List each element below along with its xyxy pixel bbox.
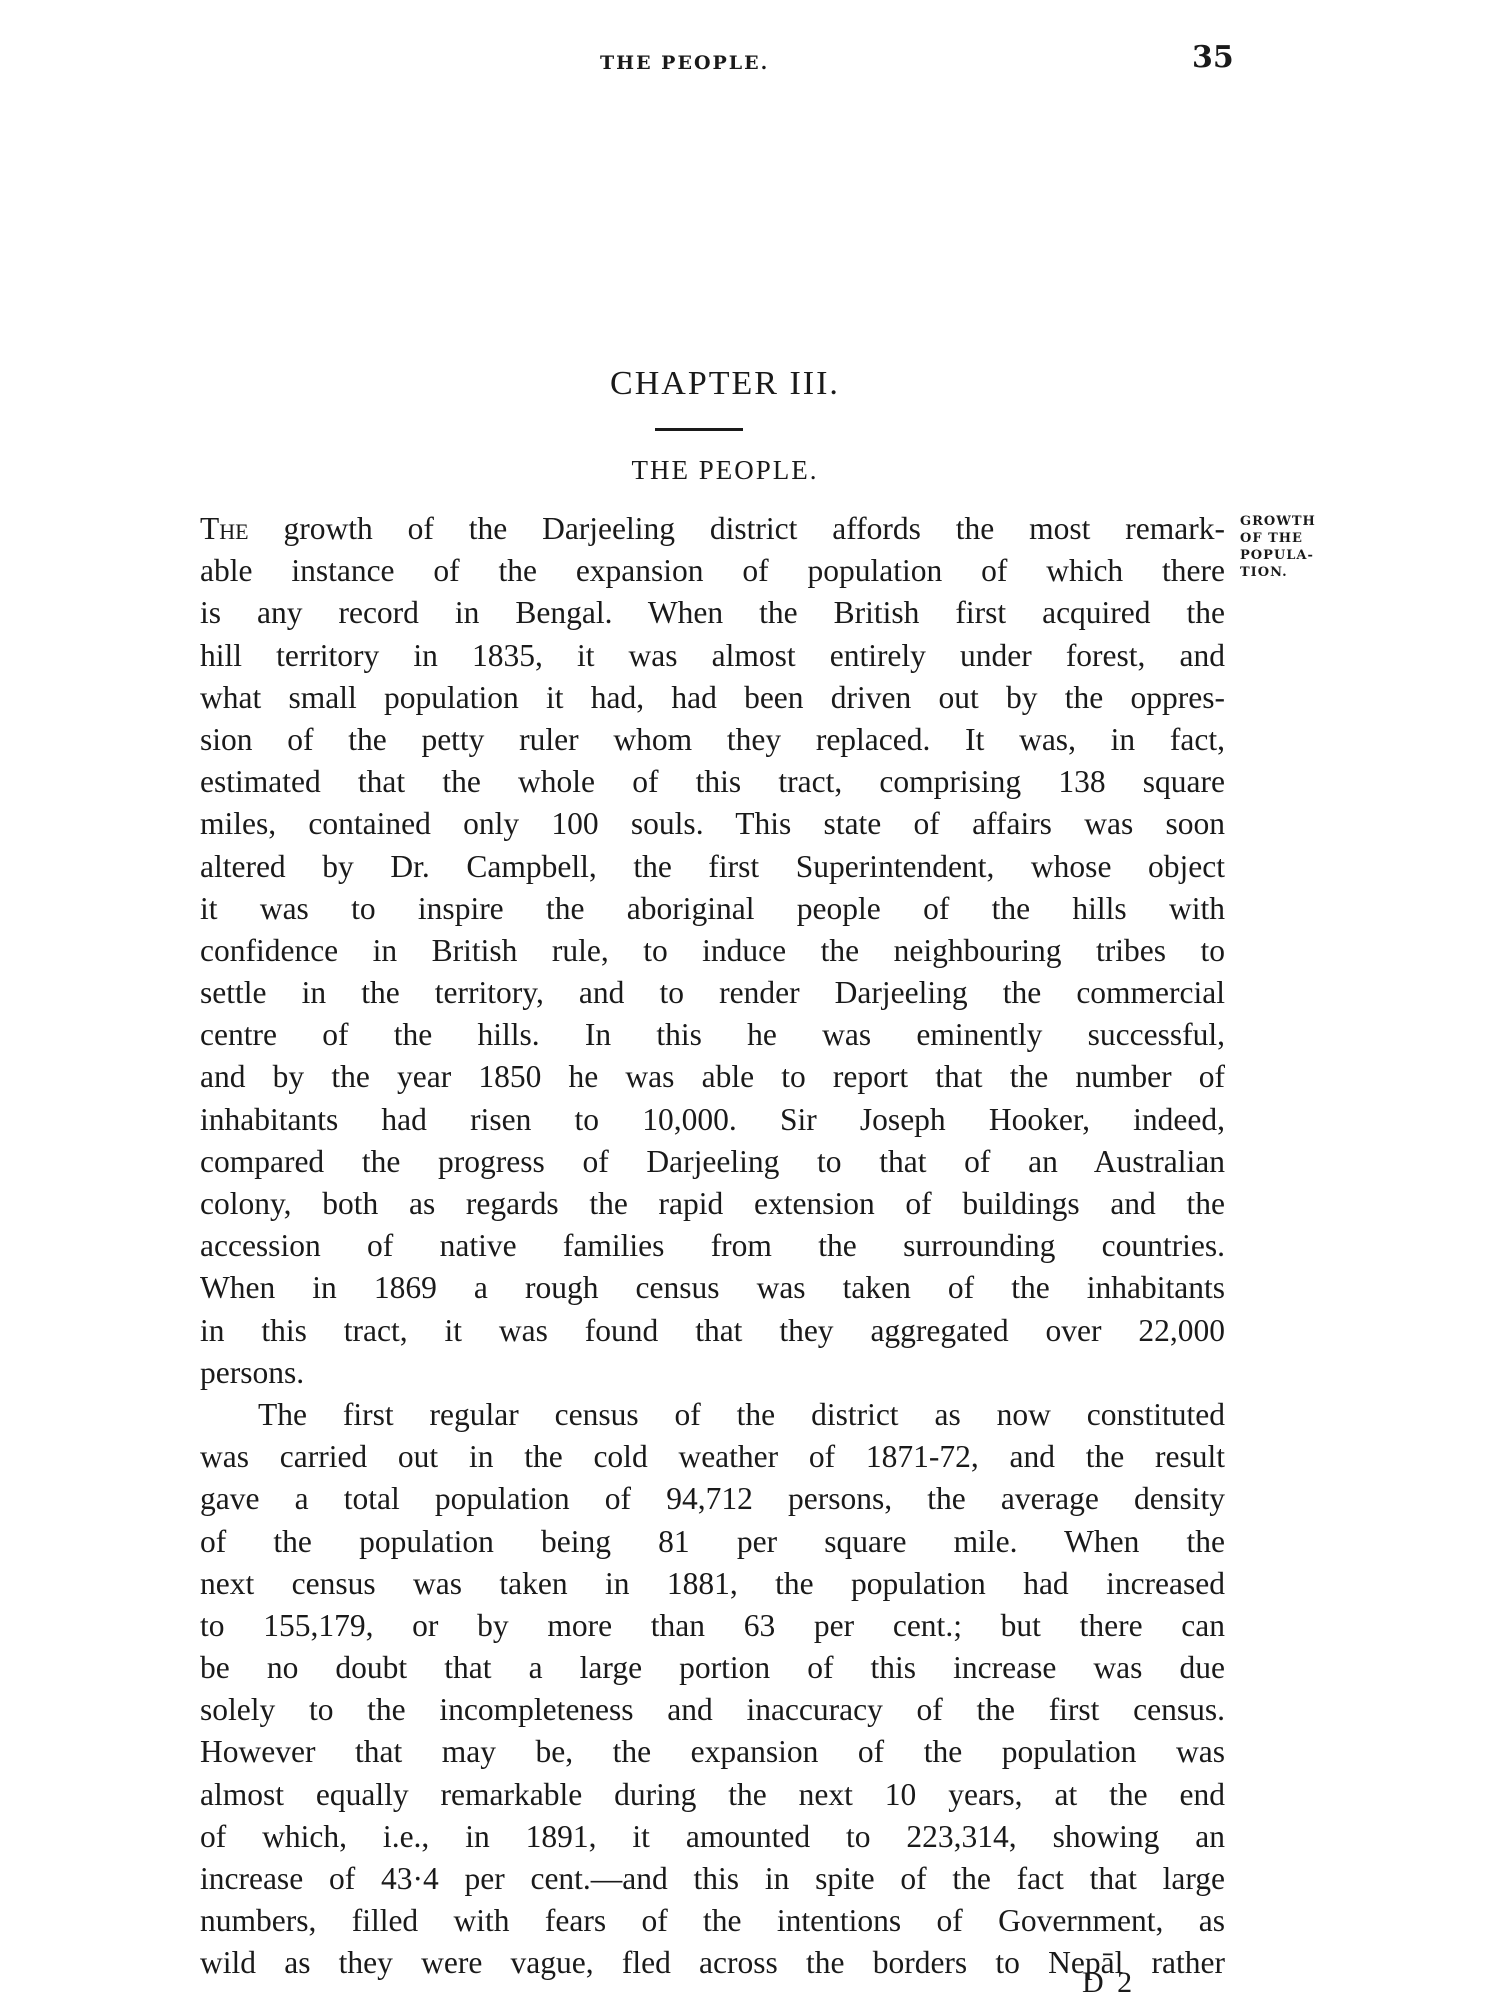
text-line: what small population it had, had been d…	[200, 677, 1225, 719]
text-line: in this tract, it was found that they ag…	[200, 1310, 1225, 1352]
margin-note: GROWTH OF THE POPULA- TION.	[1240, 513, 1330, 581]
text-line: of the population being 81 per square mi…	[200, 1521, 1225, 1563]
margin-note-line: GROWTH	[1240, 513, 1330, 530]
opening-word: The	[200, 511, 249, 546]
text-line: sion of the petty ruler whom they replac…	[200, 719, 1225, 761]
margin-note-line: OF THE	[1240, 530, 1330, 547]
text-line: When in 1869 a rough census was taken of…	[200, 1267, 1225, 1309]
text-line: hill territory in 1835, it was almost en…	[200, 635, 1225, 677]
text-line: However that may be, the expansion of th…	[200, 1731, 1225, 1773]
text-line: is any record in Bengal. When the Britis…	[200, 592, 1225, 634]
text-line: solely to the incompleteness and inaccur…	[200, 1689, 1225, 1731]
text-line: altered by Dr. Campbell, the first Super…	[200, 846, 1225, 888]
text-line: was carried out in the cold weather of 1…	[200, 1436, 1225, 1478]
margin-note-line: POPULA-	[1240, 547, 1330, 564]
paragraph-1: The growth of the Darjeeling district af…	[200, 508, 1225, 1394]
text-line: centre of the hills. In this he was emin…	[200, 1014, 1225, 1056]
paragraph-2: The first regular census of the district…	[200, 1394, 1225, 1985]
text-line: it was to inspire the aboriginal people …	[200, 888, 1225, 930]
text-line: to 155,179, or by more than 63 per cent.…	[200, 1605, 1225, 1647]
signature-mark: D 2	[1082, 1966, 1135, 2000]
chapter-title: CHAPTER III.	[0, 365, 1450, 403]
text-line: confidence in British rule, to induce th…	[200, 930, 1225, 972]
body-text: The growth of the Darjeeling district af…	[200, 508, 1225, 1985]
running-head: THE PEOPLE.	[600, 52, 769, 74]
section-title: THE PEOPLE.	[0, 455, 1450, 486]
text-line: settle in the territory, and to render D…	[200, 972, 1225, 1014]
text-line: wild as they were vague, fled across the…	[200, 1942, 1225, 1984]
text-line: miles, contained only 100 souls. This st…	[200, 803, 1225, 845]
page-number: 35	[1192, 40, 1234, 75]
text-line: compared the progress of Darjeeling to t…	[200, 1141, 1225, 1183]
text-line: colony, both as regards the rapid extens…	[200, 1183, 1225, 1225]
text-line: be no doubt that a large portion of this…	[200, 1647, 1225, 1689]
text-line: next census was taken in 1881, the popul…	[200, 1563, 1225, 1605]
text-line: persons.	[200, 1352, 1225, 1394]
text-line: increase of 43·4 per cent.—and this in s…	[200, 1858, 1225, 1900]
text-line: and by the year 1850 he was able to repo…	[200, 1056, 1225, 1098]
chapter-divider-rule	[655, 428, 743, 431]
text-line: The first regular census of the district…	[200, 1394, 1225, 1436]
text-line: able instance of the expansion of popula…	[200, 550, 1225, 592]
text-line: estimated that the whole of this tract, …	[200, 761, 1225, 803]
text-line: of which, i.e., in 1891, it amounted to …	[200, 1816, 1225, 1858]
text-line: The growth of the Darjeeling district af…	[200, 508, 1225, 550]
margin-note-line: TION.	[1240, 564, 1330, 581]
text-line: gave a total population of 94,712 person…	[200, 1478, 1225, 1520]
text-line: almost equally remarkable during the nex…	[200, 1774, 1225, 1816]
text-line: numbers, filled with fears of the intent…	[200, 1900, 1225, 1942]
text-line: inhabitants had risen to 10,000. Sir Jos…	[200, 1099, 1225, 1141]
text-line: accession of native families from the su…	[200, 1225, 1225, 1267]
